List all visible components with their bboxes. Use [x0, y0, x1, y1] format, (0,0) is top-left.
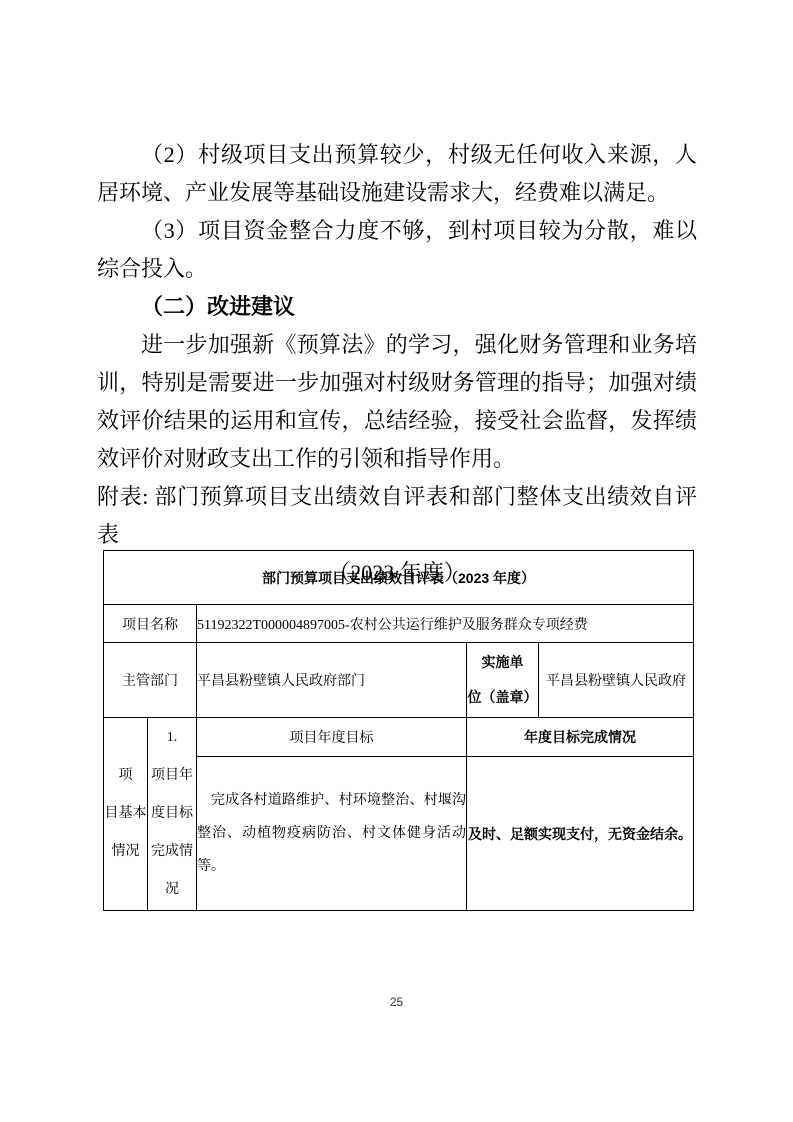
annual-goal-section-label: 1. 项目年 度目标 完成情 况 — [148, 718, 197, 911]
table-title-row: 部门预算项目支出绩效自评表（2023 年度） — [104, 551, 694, 605]
paragraph-village-budget: （2）村级项目支出预算较少，村级无任何收入来源，人居环境、产业发展等基础设施建设… — [97, 136, 697, 212]
document-body: （2）村级项目支出预算较少，村级无任何收入来源，人居环境、产业发展等基础设施建设… — [97, 136, 697, 592]
goal-completion-text: 及时、足额实现支付，无资金结余。 — [467, 757, 694, 911]
implementing-unit-value: 平昌县粉壁镇人民政府 — [539, 643, 694, 718]
attachment-note: 附表: 部门预算项目支出绩效自评表和部门整体支出绩效自评表 — [97, 478, 697, 554]
goal-header-row: 项 目基本 情况 1. 项目年 度目标 完成情 况 项目年度目标 年度目标完成情… — [104, 718, 694, 757]
paragraph-fund-integration: （3）项目资金整合力度不够，到村项目较为分散，难以综合投入。 — [97, 212, 697, 288]
annual-goal-header: 项目年度目标 — [197, 718, 467, 757]
goal-completion-header: 年度目标完成情况 — [467, 718, 694, 757]
implementing-unit-label: 实施单 位（盖章） — [467, 643, 539, 718]
competent-department-label: 主管部门 — [104, 643, 197, 718]
page-number: 25 — [0, 995, 793, 1009]
department-row: 主管部门 平昌县粉壁镇人民政府部门 实施单 位（盖章） 平昌县粉壁镇人民政府 — [104, 643, 694, 718]
table-title: 部门预算项目支出绩效自评表（2023 年度） — [104, 551, 694, 605]
basic-info-group-label: 项 目基本 情况 — [104, 718, 148, 911]
section-heading-improvement: （二）改进建议 — [97, 288, 697, 326]
document-page: （2）村级项目支出预算较少，村级无任何收入来源，人居环境、产业发展等基础设施建设… — [0, 0, 793, 1122]
project-name-value: 51192322T000004897005-农村公共运行维护及服务群众专项经费 — [197, 605, 694, 643]
self-evaluation-table: 部门预算项目支出绩效自评表（2023 年度） 项目名称 51192322T000… — [103, 550, 694, 911]
annual-goal-text: 完成各村道路维护、村环境整治、村堰沟整治、动植物疫病防治、村文体健身活动等。 — [197, 757, 467, 911]
paragraph-improvement-suggestion: 进一步加强新《预算法》的学习，强化财务管理和业务培训，特别是需要进一步加强对村级… — [97, 326, 697, 478]
project-name-row: 项目名称 51192322T000004897005-农村公共运行维护及服务群众… — [104, 605, 694, 643]
competent-department-value: 平昌县粉壁镇人民政府部门 — [197, 643, 467, 718]
project-name-label: 项目名称 — [104, 605, 197, 643]
